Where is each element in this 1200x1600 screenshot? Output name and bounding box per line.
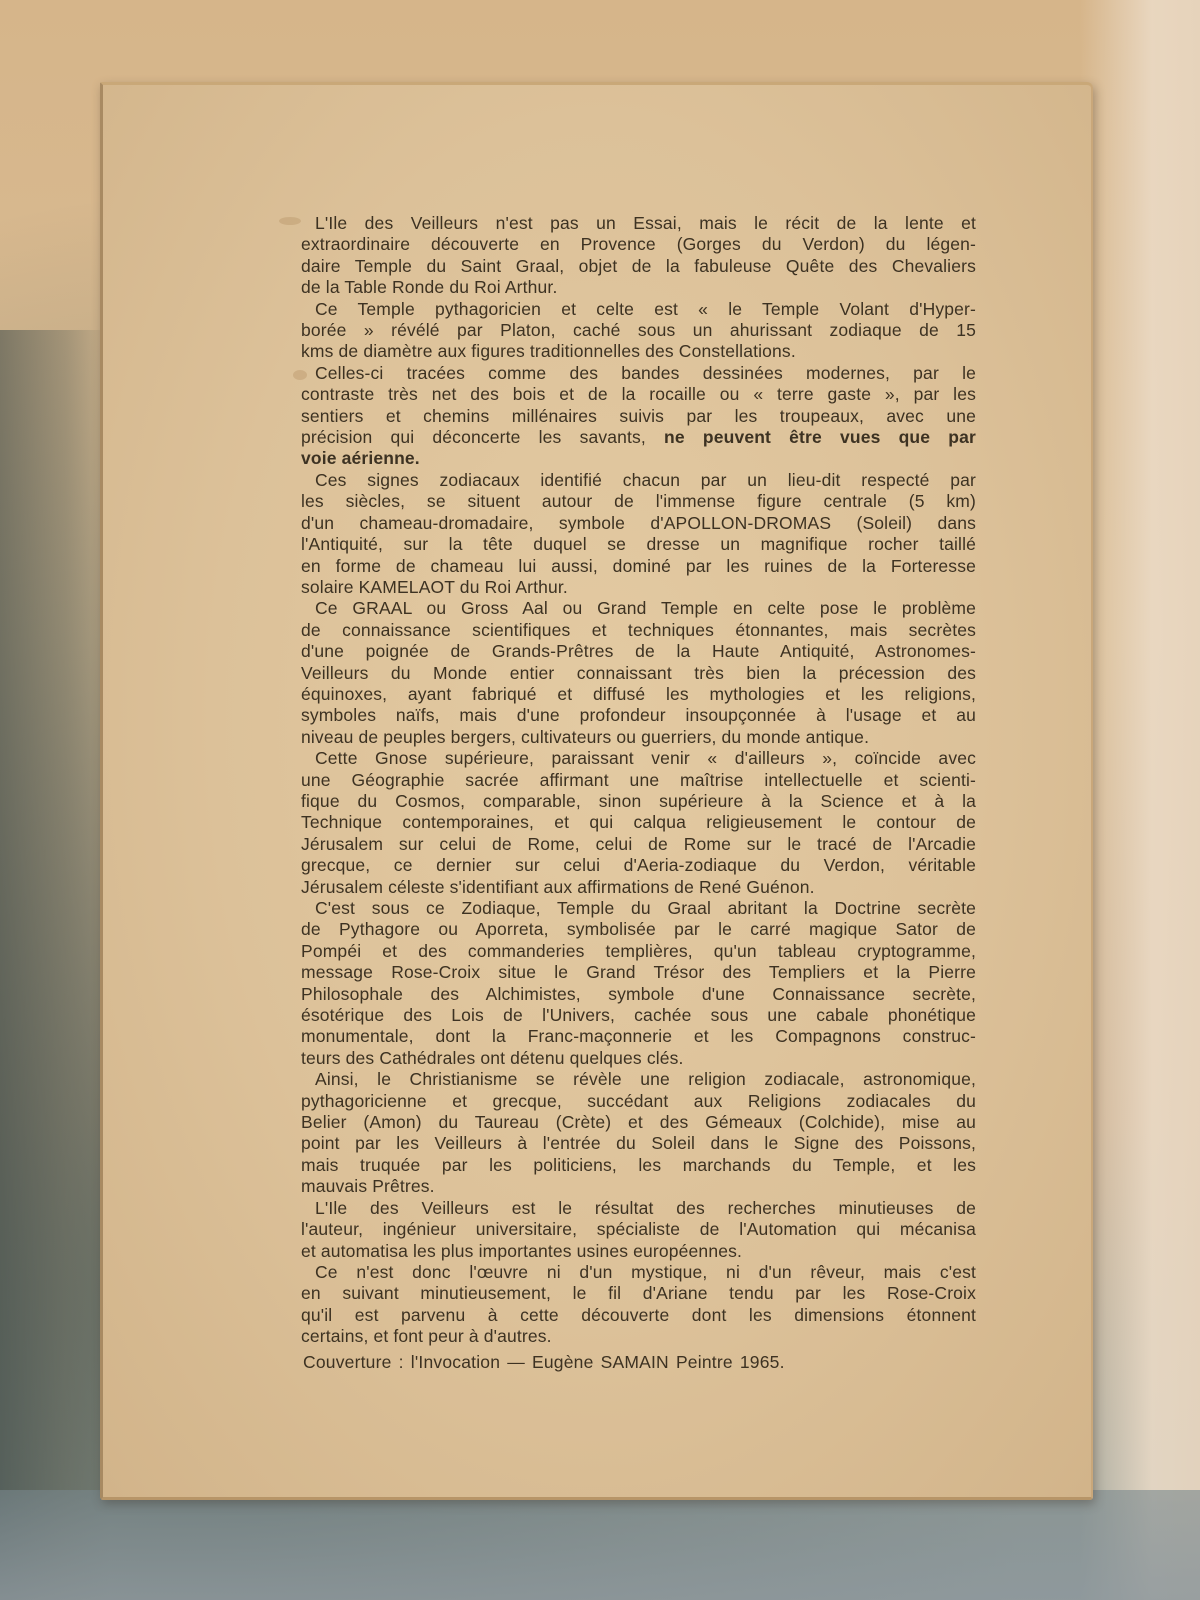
text-line: ésotérique des Lois de l'Univers, cachée…	[301, 1005, 976, 1026]
text-line: Ce n'est donc l'œuvre ni d'un mystique, …	[301, 1262, 976, 1283]
text-line: grecque, ce dernier sur celui d'Aeria-zo…	[301, 855, 976, 876]
blurb-text: L'Ile des Veilleurs n'est pas un Essai, …	[301, 213, 976, 1348]
paragraph: L'Ile des Veilleurs n'est pas un Essai, …	[301, 213, 976, 299]
background-shadow	[0, 330, 110, 1600]
text-line: l'Antiquité, sur la tête duquel se dress…	[301, 534, 976, 555]
text-line: et automatisa les plus importantes usine…	[301, 1241, 976, 1262]
text-line: kms de diamètre aux figures traditionnel…	[301, 341, 976, 362]
text-line: niveau de peuples bergers, cultivateurs …	[301, 727, 976, 748]
word: les	[539, 427, 562, 448]
text-line: Ce GRAAL ou Gross Aal ou Grand Temple en…	[301, 598, 976, 619]
text-line: Veilleurs du Monde entier connaissant tr…	[301, 663, 976, 684]
emphasis-word: par	[948, 427, 976, 448]
text-line: d'une poignée de Grands-Prêtres de la Ha…	[301, 641, 976, 662]
text-line: de la Table Ronde du Roi Arthur.	[301, 277, 976, 298]
text-line: contraste très net des bois et de la roc…	[301, 384, 976, 405]
text-line: Jérusalem sur celui de Rome, celui de Ro…	[301, 834, 976, 855]
text-line: message Rose-Croix situe le Grand Trésor…	[301, 962, 976, 983]
text-line: qu'il est parvenu à cette découverte don…	[301, 1305, 976, 1326]
text-line: une Géographie sacrée affirmant une maît…	[301, 770, 976, 791]
paragraph: Ce Temple pythagoricien et celte est « l…	[301, 299, 976, 363]
word: savants,	[580, 427, 646, 448]
emphasis-word: ne	[664, 427, 685, 448]
text-line: C'est sous ce Zodiaque, Temple du Graal …	[301, 898, 976, 919]
paragraph: Cette Gnose supérieure, paraissant venir…	[301, 748, 976, 898]
background-surface	[0, 1490, 1200, 1600]
paragraph: Ces signes zodiacaux identifié chacun pa…	[301, 470, 976, 598]
text-line: d'un chameau-dromadaire, symbole d'APOLL…	[301, 513, 976, 534]
text-line: mauvais Prêtres.	[301, 1176, 976, 1197]
text-line: Philosophale des Alchimistes, symbole d'…	[301, 984, 976, 1005]
text-line: de connaissance scientifiques et techniq…	[301, 620, 976, 641]
text-line: L'Ile des Veilleurs est le résultat des …	[301, 1198, 976, 1219]
text-line: Celles-ci tracées comme des bandes dessi…	[301, 363, 976, 384]
text-line: symboles naïfs, mais d'une profondeur in…	[301, 705, 976, 726]
text-line: les siècles, se situent autour de l'imme…	[301, 491, 976, 512]
text-line: extraordinaire découverte en Provence (G…	[301, 234, 976, 255]
emphasis-word: vues	[840, 427, 881, 448]
paragraph: Ce GRAAL ou Gross Aal ou Grand Temple en…	[301, 598, 976, 748]
text-line: Pompéi et des commanderies templières, q…	[301, 941, 976, 962]
paragraph: L'Ile des Veilleurs est le résultat des …	[301, 1198, 976, 1262]
text-line: Technique contemporaines, et qui calqua …	[301, 812, 976, 833]
text-line: en forme de chameau lui aussi, dominé pa…	[301, 556, 976, 577]
text-line: certains, et font peur à d'autres.	[301, 1326, 976, 1347]
text-line: de Pythagore ou Aporreta, symbolisée par…	[301, 919, 976, 940]
text-line: Belier (Amon) du Taureau (Crète) et des …	[301, 1112, 976, 1133]
text-line: Cette Gnose supérieure, paraissant venir…	[301, 748, 976, 769]
word: précision	[301, 427, 372, 448]
cover-credit: Couverture : l'Invocation — Eugène SAMAI…	[303, 1352, 785, 1373]
text-line: équinoxes, ayant fabriqué et diffusé les…	[301, 684, 976, 705]
emphasis-word: être	[789, 427, 822, 448]
text-line: L'Ile des Veilleurs n'est pas un Essai, …	[301, 213, 976, 234]
paragraph: C'est sous ce Zodiaque, Temple du Graal …	[301, 898, 976, 1069]
text-line: l'auteur, ingénieur universitaire, spéci…	[301, 1219, 976, 1240]
paragraph: Ainsi, le Christianisme se révèle une re…	[301, 1069, 976, 1197]
text-line: Jérusalem céleste s'identifiant aux affi…	[301, 877, 976, 898]
text-line: sentiers et chemins millénaires suivis p…	[301, 406, 976, 427]
text-line: solaire KAMELAOT du Roi Arthur.	[301, 577, 976, 598]
emphasis-word: que	[899, 427, 931, 448]
text-line: en suivant minutieusement, le fil d'Aria…	[301, 1283, 976, 1304]
paragraph: Celles-ci tracées comme des bandes dessi…	[301, 363, 976, 470]
text-line: précisionquidéconcertelessavants,nepeuve…	[301, 427, 976, 448]
text-line: daire Temple du Saint Graal, objet de la…	[301, 256, 976, 277]
emphasis-line: voie aérienne.	[301, 448, 976, 469]
background-wall	[1080, 0, 1200, 1600]
text-line: fique du Cosmos, comparable, sinon supér…	[301, 791, 976, 812]
text-line: Ces signes zodiacaux identifié chacun pa…	[301, 470, 976, 491]
book-back-cover: L'Ile des Veilleurs n'est pas un Essai, …	[100, 82, 1093, 1500]
text-line: Ainsi, le Christianisme se révèle une re…	[301, 1069, 976, 1090]
emphasis-word: peuvent	[703, 427, 771, 448]
text-line: Ce Temple pythagoricien et celte est « l…	[301, 299, 976, 320]
text-line: borée » révélé par Platon, caché sous un…	[301, 320, 976, 341]
text-line: monumentale, dont la Franc-maçonnerie et…	[301, 1026, 976, 1047]
paragraph: Ce n'est donc l'œuvre ni d'un mystique, …	[301, 1262, 976, 1348]
word: déconcerte	[432, 427, 520, 448]
text-line: mais truquée par les politiciens, les ma…	[301, 1155, 976, 1176]
word: qui	[391, 427, 415, 448]
text-line: point par les Veilleurs à l'entrée du So…	[301, 1133, 976, 1154]
text-line: teurs des Cathédrales ont détenu quelque…	[301, 1048, 976, 1069]
paper-stain	[279, 217, 301, 225]
text-line: pythagoricienne et grecque, succédant au…	[301, 1091, 976, 1112]
